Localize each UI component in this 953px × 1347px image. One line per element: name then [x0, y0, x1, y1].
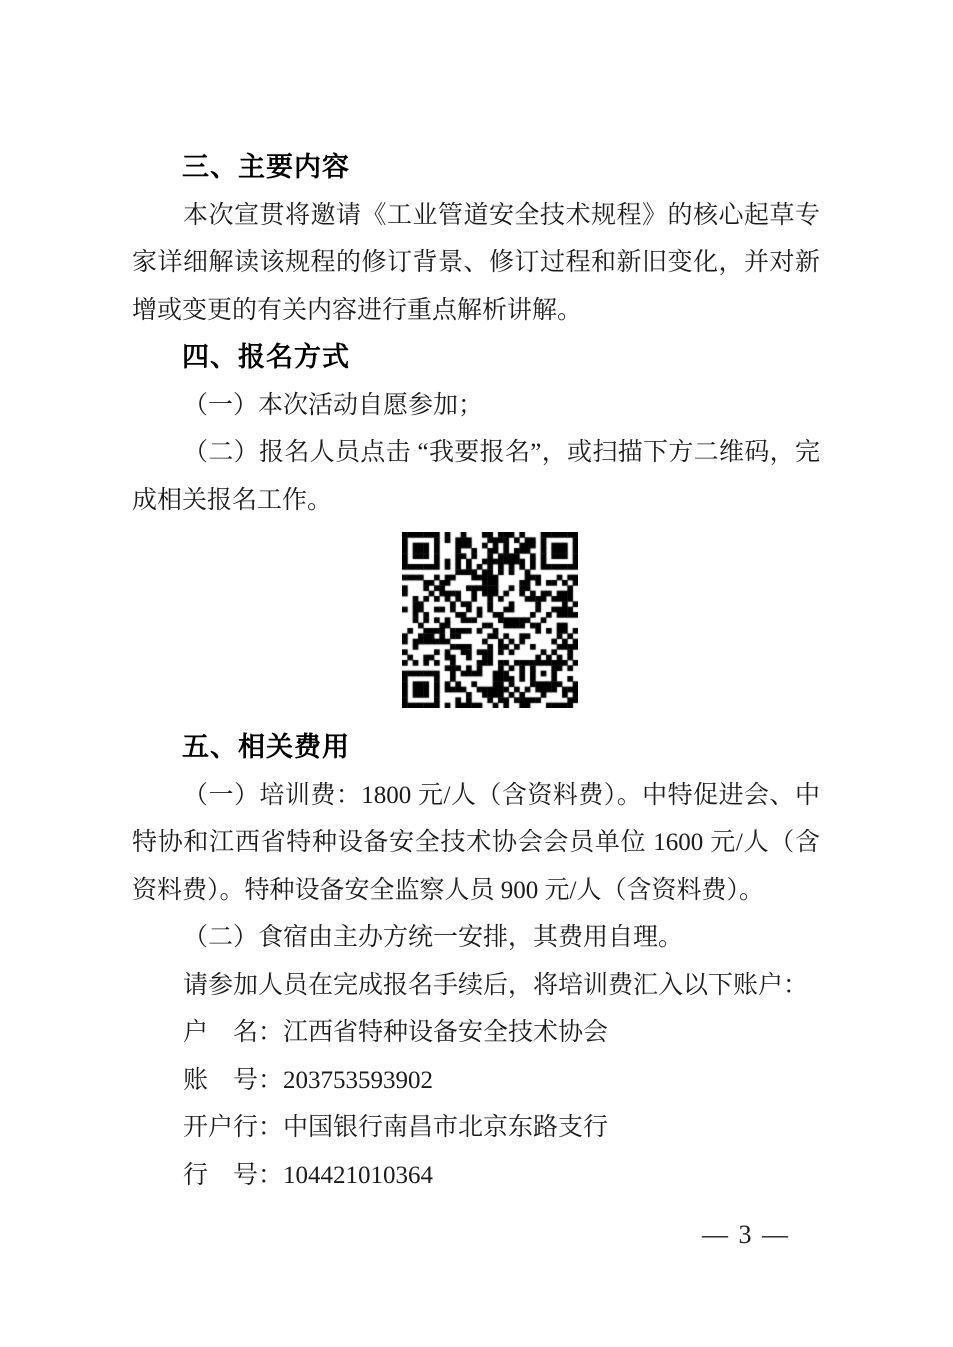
- account-bank-line: 开户行：中国银行南昌市北京东路支行: [132, 1104, 820, 1152]
- registration-qr-code-image: [402, 532, 578, 708]
- page-number: — 3 —: [702, 1220, 790, 1250]
- account-bank-label: 开户行：: [183, 1114, 283, 1141]
- remittance-note: 请参加人员在完成报名手续后，将培训费汇入以下账户：: [132, 962, 820, 1010]
- registration-item-voluntary: （一）本次活动自愿参加；: [132, 382, 820, 430]
- account-branch-line: 行 号：104421010364: [132, 1152, 820, 1200]
- section-heading-fees: 五、相关费用: [132, 724, 820, 772]
- document-body: 三、主要内容 本次宣贯将邀请《工业管道安全技术规程》的核心起草专家详细解读该规程…: [0, 0, 953, 1199]
- account-holder-label: 户 名：: [183, 1019, 283, 1046]
- document-page: 三、主要内容 本次宣贯将邀请《工业管道安全技术规程》的核心起草专家详细解读该规程…: [0, 0, 953, 1347]
- registration-item-signup: （二）报名人员点击 “我要报名”，或扫描下方二维码，完成相关报名工作。: [132, 429, 820, 524]
- account-bank-value: 中国银行南昌市北京东路支行: [283, 1114, 608, 1141]
- account-holder-line: 户 名：江西省特种设备安全技术协会: [132, 1009, 820, 1057]
- account-holder-value: 江西省特种设备安全技术协会: [283, 1019, 608, 1046]
- account-number-value: 203753593902: [283, 1067, 433, 1094]
- fees-item-training-fee: （一）培训费：1800 元/人（含资料费）。中特促进会、中特协和江西省特种设备安…: [132, 772, 820, 915]
- qr-code-container: [132, 532, 820, 707]
- account-branch-value: 104421010364: [283, 1162, 433, 1189]
- account-number-line: 账 号：203753593902: [132, 1057, 820, 1105]
- paragraph-main-content: 本次宣贯将邀请《工业管道安全技术规程》的核心起草专家详细解读该规程的修订背景、修…: [132, 192, 820, 335]
- account-number-label: 账 号：: [183, 1067, 283, 1094]
- section-heading-main-content: 三、主要内容: [132, 144, 820, 192]
- section-heading-registration: 四、报名方式: [132, 334, 820, 382]
- fees-item-lodging: （二）食宿由主办方统一安排，其费用自理。: [132, 914, 820, 962]
- account-branch-label: 行 号：: [183, 1162, 283, 1189]
